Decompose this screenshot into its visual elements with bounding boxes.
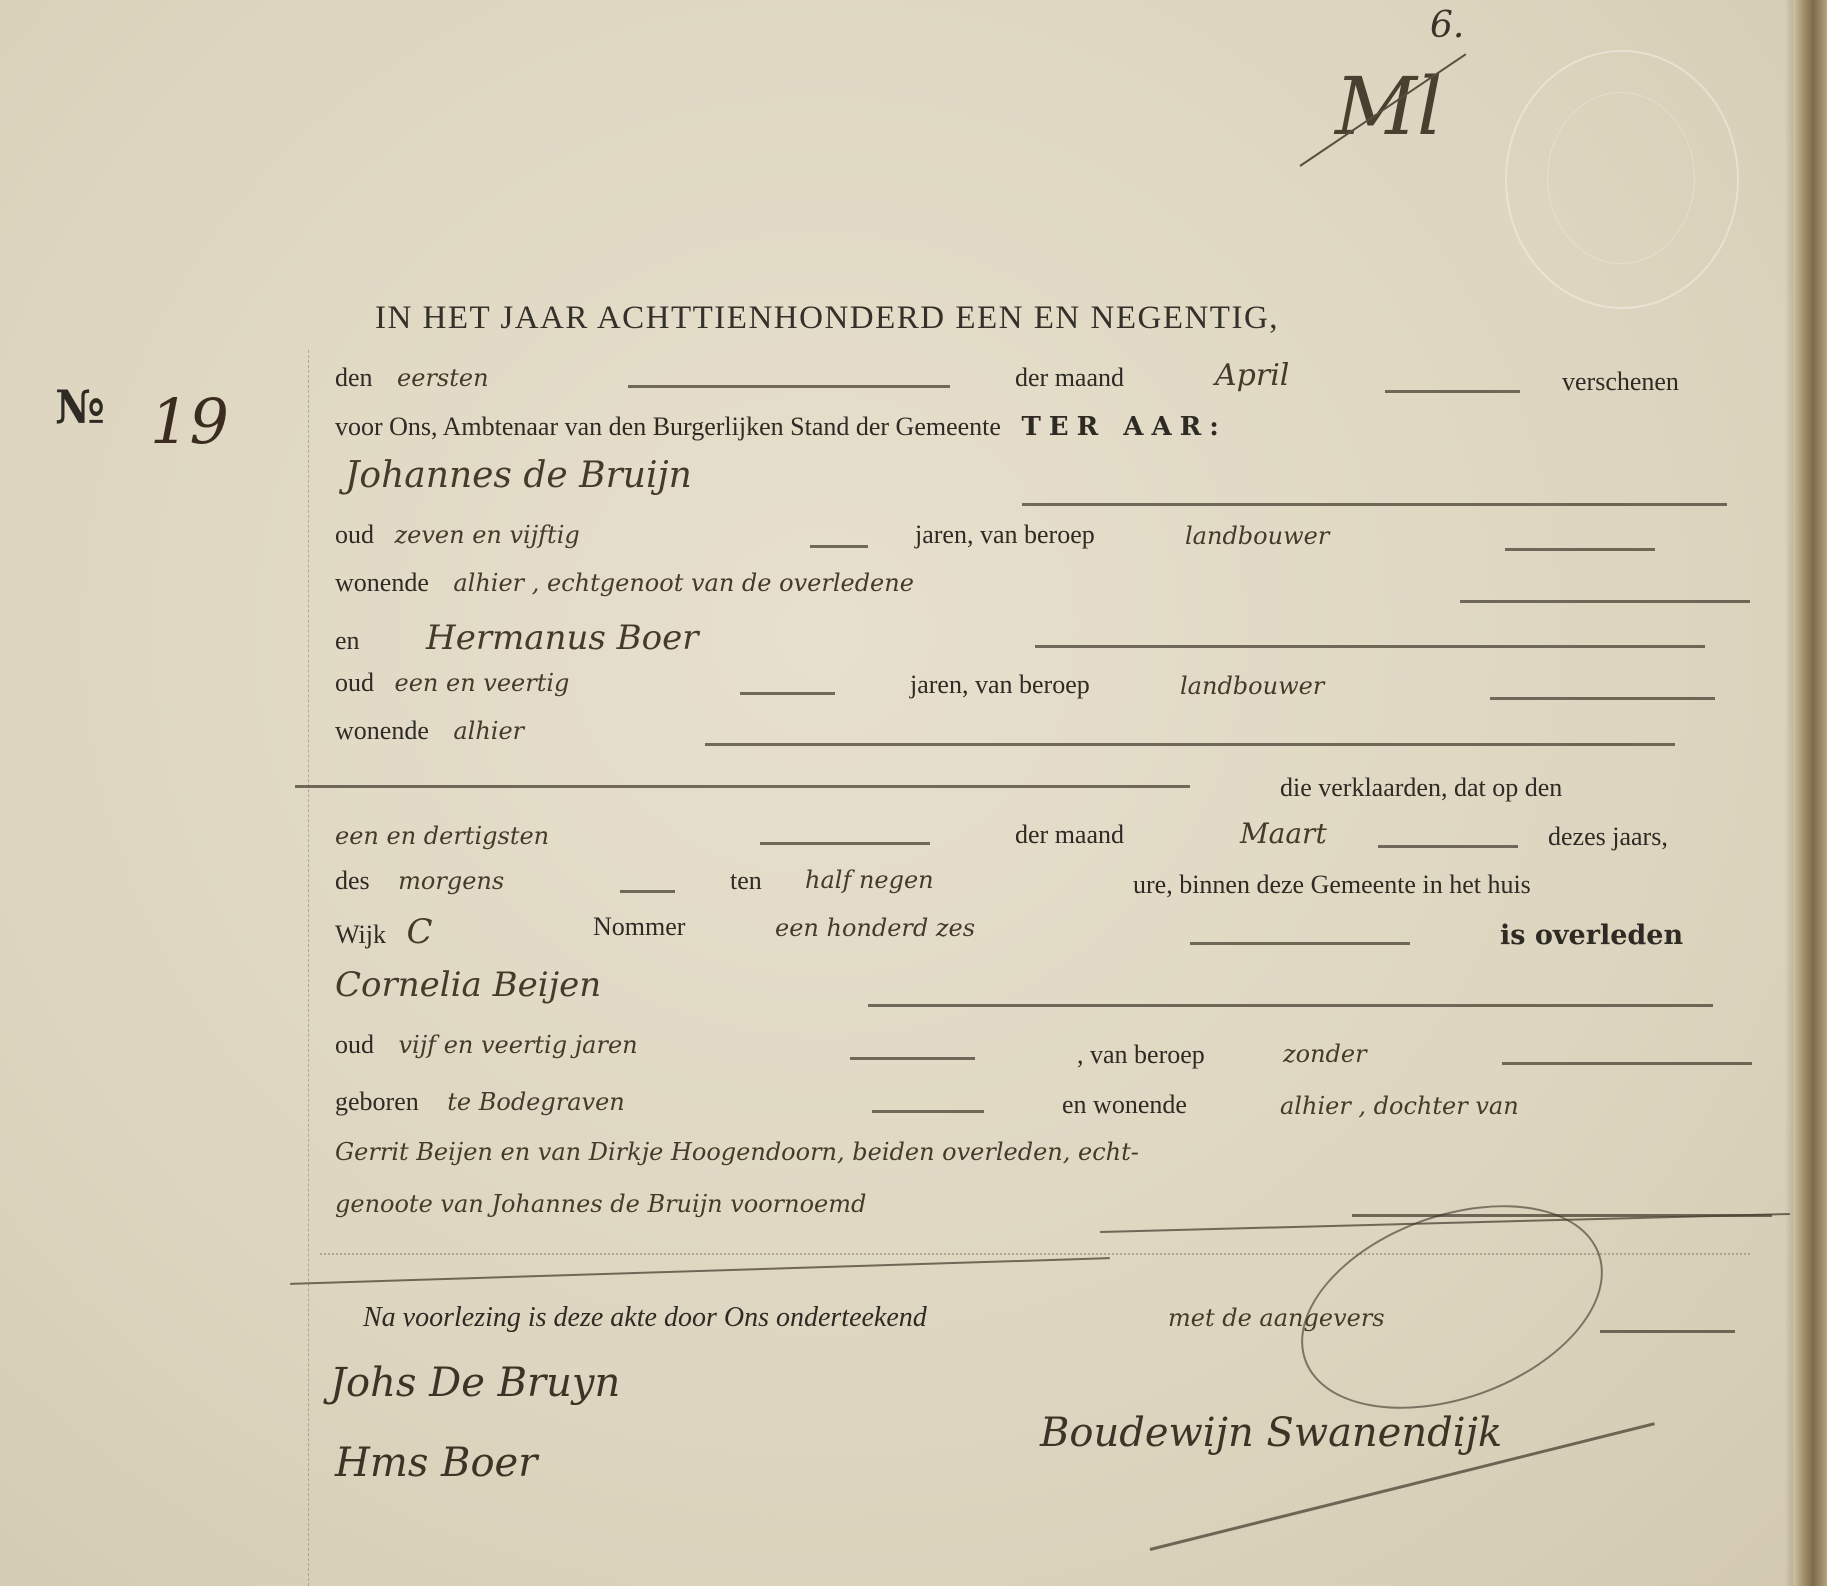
signature-flourish: [1273, 1167, 1631, 1447]
signature-witness-1: Johs De Bruyn: [330, 1360, 620, 1406]
declarant1-age-line: oud zeven en vijftig: [335, 520, 580, 550]
blank-rule: [620, 890, 675, 893]
deceased-occupation: zonder: [1283, 1040, 1367, 1068]
label-oud: oud: [335, 1030, 374, 1059]
label-en-wonende: en wonende: [1062, 1090, 1187, 1120]
cancel-stroke: [290, 1257, 1110, 1285]
blank-rule: [872, 1110, 984, 1113]
label-wonende: wonende: [335, 568, 429, 597]
declarant2-occupation: landbouwer: [1180, 672, 1324, 700]
declarant1-residence-line: wonende alhier , echtgenoot van de overl…: [335, 568, 914, 598]
blank-rule: [1490, 697, 1715, 700]
blank-rule: [1378, 845, 1518, 848]
label-der-maand: der maand: [1015, 820, 1124, 850]
label-oud: oud: [335, 668, 374, 697]
declarant1-age: zeven en vijftig: [395, 521, 580, 549]
declarant1-occupation: landbouwer: [1185, 522, 1329, 550]
deceased-name: Cornelia Beijen: [335, 965, 601, 1005]
embossed-seal: [1505, 50, 1739, 309]
label-beroep: , van beroep: [1077, 1040, 1205, 1070]
label-verschenen: verschenen: [1562, 367, 1679, 397]
label-geboren: geboren: [335, 1087, 419, 1116]
declarant2-age-line: oud een en veertig: [335, 668, 569, 698]
blank-rule: [1190, 942, 1410, 945]
blank-rule: [850, 1057, 975, 1060]
line-official: voor Ons, Ambtenaar van den Burgerlijken…: [335, 412, 1227, 442]
declaration-text: die verklaarden, dat op den: [1280, 773, 1562, 803]
declarant2-line: en Hermanus Boer: [335, 618, 698, 658]
label-jaren-beroep: jaren, van beroep: [915, 520, 1095, 550]
line-date-appearance: den eersten: [335, 363, 489, 393]
deceased-parents: Gerrit Beijen en van Dirkje Hoogendoorn,…: [335, 1138, 1139, 1166]
blank-rule: [705, 743, 1675, 746]
blank-rule: [760, 842, 930, 845]
book-binding: [1793, 0, 1827, 1586]
death-month: Maart: [1240, 817, 1327, 850]
location-text: ure, binnen deze Gemeente in het huis: [1133, 870, 1531, 900]
label-wonende: wonende: [335, 716, 429, 745]
municipality-name: TER AAR:: [1021, 412, 1226, 442]
deceased-residence: alhier , dochter van: [1280, 1092, 1519, 1120]
deceased-age-line: oud vijf en veertig jaren: [335, 1030, 638, 1060]
record-heading: IN HET JAAR ACHTTIENHONDERD EEN EN NEGEN…: [375, 300, 1279, 337]
blank-rule: [1385, 390, 1520, 393]
deceased-age: vijf en veertig jaren: [399, 1031, 638, 1059]
label-der-maand: der maand: [1015, 363, 1124, 393]
official-text: voor Ons, Ambtenaar van den Burgerlijken…: [335, 412, 1001, 441]
signature-witness-2: Hms Boer: [335, 1440, 537, 1486]
blank-rule: [868, 1004, 1713, 1007]
blank-rule: [1600, 1330, 1735, 1333]
closing-text: Na voorlezing is deze akte door Ons onde…: [363, 1302, 927, 1334]
appearance-day: eersten: [397, 364, 489, 392]
blank-rule: [628, 385, 950, 388]
blank-rule: [1022, 503, 1727, 506]
margin-perforation: [308, 350, 309, 1586]
signature-official: Boudewijn Swanendijk: [1040, 1410, 1502, 1456]
label-en: en: [335, 626, 360, 655]
birth-residence-line: geboren te Bodegraven: [335, 1087, 625, 1117]
declarant2-age: een en veertig: [395, 669, 570, 697]
label-is-overleden: is overleden: [1500, 920, 1683, 951]
house-number: een honderd zes: [775, 914, 975, 942]
record-number-label: №: [55, 380, 105, 434]
blank-rule: [1502, 1062, 1752, 1065]
appearance-month: April: [1215, 358, 1289, 393]
wijk-value: C: [406, 912, 432, 952]
blank-rule: [740, 692, 835, 695]
declarant2-residence-line: wonende alhier: [335, 716, 524, 746]
label-nommer: Nommer: [593, 912, 685, 942]
label-des: des: [335, 866, 370, 895]
blank-rule: [810, 545, 868, 548]
blank-rule: [1460, 600, 1750, 603]
address-line: Wijk C: [335, 912, 432, 952]
page-number: 6.: [1430, 5, 1464, 46]
death-time-line: des morgens: [335, 866, 504, 896]
label-ten: ten: [730, 866, 762, 896]
label-oud: oud: [335, 520, 374, 549]
deceased-spouse: genoote van Johannes de Bruijn voornoemd: [335, 1190, 866, 1218]
label-den: den: [335, 363, 373, 392]
blank-rule: [295, 785, 1190, 788]
declarant1-residence: alhier , echtgenoot van de overledene: [453, 569, 914, 597]
blank-rule: [1505, 548, 1655, 551]
declarant2-residence: alhier: [453, 717, 524, 745]
death-time: half negen: [805, 866, 934, 894]
deceased-birthplace: te Bodegraven: [447, 1088, 625, 1116]
death-day: een en dertigsten: [335, 822, 549, 850]
death-part-of-day: morgens: [398, 867, 504, 895]
declarant2-name: Hermanus Boer: [426, 618, 698, 658]
declarant1-name: Johannes de Bruijn: [345, 455, 692, 496]
label-dezes-jaars: dezes jaars,: [1548, 822, 1668, 852]
page-gutter-shadow: [1785, 0, 1793, 1586]
record-number: 19: [150, 385, 229, 458]
label-jaren-beroep: jaren, van beroep: [910, 670, 1090, 700]
label-wijk: Wijk: [335, 920, 386, 949]
blank-rule: [1035, 645, 1705, 648]
